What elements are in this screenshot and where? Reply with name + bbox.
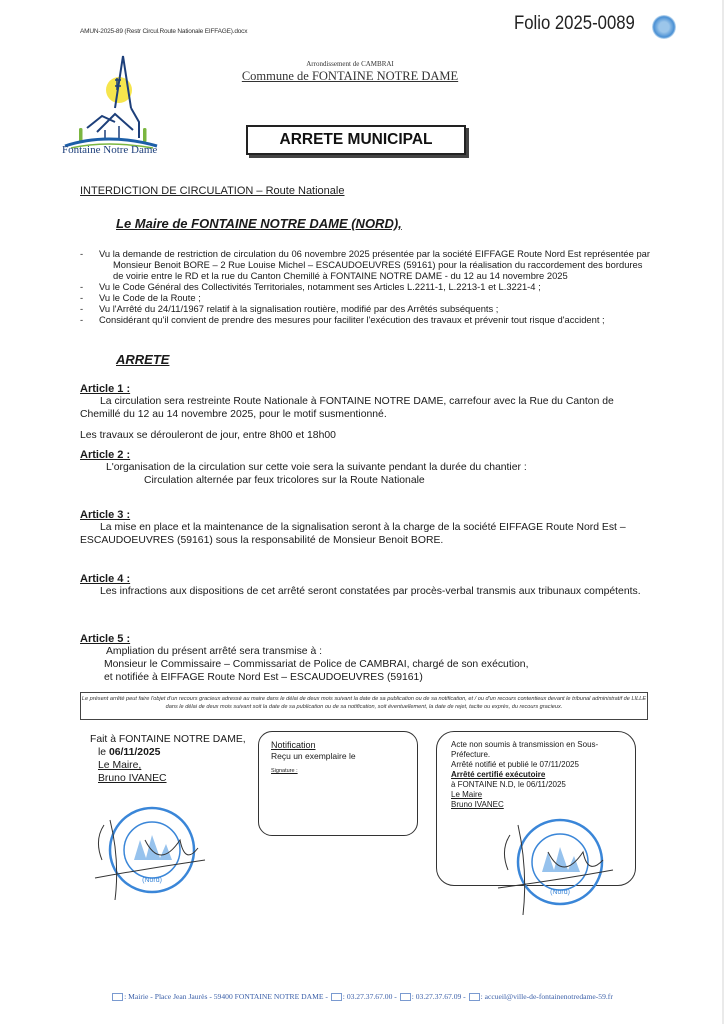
notification-line: Reçu un exemplaire le xyxy=(271,751,405,762)
svg-text:(Nord): (Nord) xyxy=(142,877,162,884)
email-icon xyxy=(469,993,480,1001)
acte-role: Le Maire xyxy=(451,790,621,800)
acte-line-1: Acte non soumis à transmission en Sous-P… xyxy=(451,740,621,760)
acte-place-date: à FONTAINE N.D, le 06/11/2025 xyxy=(451,780,621,790)
article-text: Les infractions aux dispositions de cet … xyxy=(80,585,650,598)
signature-role: Le Maire, xyxy=(90,759,246,772)
official-stamp-right: (Nord) xyxy=(488,810,618,920)
logo-caption: Fontaine Notre Dame xyxy=(62,144,157,156)
notification-box: Notification Reçu un exemplaire le Signa… xyxy=(258,731,418,836)
article-2: Article 2 : L'organisation de la circula… xyxy=(80,449,650,487)
signature-block: Fait à FONTAINE NOTRE DAME, le 06/11/202… xyxy=(90,733,246,785)
article-title: Article 3 : xyxy=(80,509,650,521)
subject-line: INTERDICTION DE CIRCULATION – Route Nati… xyxy=(80,185,344,197)
article-5: Article 5 : Ampliation du présent arrêté… xyxy=(80,633,650,684)
folio-number: Folio 2025-0089 xyxy=(514,13,635,35)
footer-email: accueil@ville-de-fontainenotredame-59.fr xyxy=(485,992,613,1001)
article-text: Monsieur le Commissaire – Commissariat d… xyxy=(80,658,650,671)
article-title: Article 1 : xyxy=(80,383,650,395)
article-text: Ampliation du présent arrêté sera transm… xyxy=(80,645,650,658)
commune-name: Commune de FONTAINE NOTRE DAME xyxy=(242,69,458,83)
footer-address: Mairie - Place Jean Jaurès - 59400 FONTA… xyxy=(128,992,323,1001)
article-1: Article 1 : La circulation sera restrein… xyxy=(80,383,650,442)
official-stamp-left: (Nord) xyxy=(90,800,210,910)
consideration-item: Vu la demande de restriction de circulat… xyxy=(80,248,652,281)
acte-line-2: Arrêté notifié et publié le 07/11/2025 xyxy=(451,760,621,770)
article-title: Article 2 : xyxy=(80,449,650,461)
article-text: et notifiée à EIFFAGE Route Nord Est – E… xyxy=(80,671,650,684)
signature-date: 06/11/2025 xyxy=(109,747,160,758)
notification-heading: Notification xyxy=(271,740,405,751)
svg-text:(Nord): (Nord) xyxy=(550,889,570,896)
signature-place: Fait à FONTAINE NOTRE DAME, xyxy=(90,733,246,746)
consideration-item: Considérant qu'il convient de prendre de… xyxy=(80,314,652,325)
notification-signature-label: Signature : xyxy=(271,766,405,777)
acte-certified: Arrêté certifié exécutoire xyxy=(451,770,621,780)
signature-name: Bruno IVANEC xyxy=(90,772,246,785)
article-text: La circulation sera restreinte Route Nat… xyxy=(80,395,650,421)
arrete-heading: ARRETE xyxy=(116,352,169,367)
article-4: Article 4 : Les infractions aux disposit… xyxy=(80,573,650,598)
considerations-list: Vu la demande de restriction de circulat… xyxy=(80,248,652,325)
seal-icon xyxy=(652,15,676,39)
phone-icon xyxy=(331,993,342,1001)
page-footer: : Mairie - Place Jean Jaurès - 59400 FON… xyxy=(0,992,724,1001)
commune-heading: Commune de FONTAINE NOTRE DAME xyxy=(0,69,700,84)
article-text: Les travaux se dérouleront de jour, entr… xyxy=(80,429,650,442)
document-title: ARRETE MUNICIPAL xyxy=(246,125,466,155)
fax-icon xyxy=(400,993,411,1001)
signature-date-line: le 06/11/2025 xyxy=(90,746,246,759)
mayor-heading: Le Maire de FONTAINE NOTRE DAME (NORD), xyxy=(116,216,402,231)
article-title: Article 5 : xyxy=(80,633,650,645)
article-text: Circulation alternée par feux tricolores… xyxy=(80,474,650,487)
document-filename: AMUN-2025-89 (Restr Circul.Route Nationa… xyxy=(80,28,247,35)
acte-name: Bruno IVANEC xyxy=(451,800,621,810)
article-text: L'organisation de la circulation sur cet… xyxy=(80,461,650,474)
article-title: Article 4 : xyxy=(80,573,650,585)
article-text: La mise en place et la maintenance de la… xyxy=(80,521,650,547)
consideration-item: Vu le Code Général des Collectivités Ter… xyxy=(80,281,652,292)
consideration-item: Vu l'Arrêté du 24/11/1967 relatif à la s… xyxy=(80,303,652,314)
arrondissement: Arrondissement de CAMBRAI xyxy=(0,60,700,68)
consideration-item: Vu le Code de la Route ; xyxy=(80,292,652,303)
mail-address-icon xyxy=(112,993,123,1001)
appeal-notice: Le présent arrêté peut faire l'objet d'u… xyxy=(80,692,648,720)
footer-fax: 03.27.37.67.09 xyxy=(416,992,462,1001)
footer-phone: 03.27.37.67.00 xyxy=(347,992,393,1001)
article-3: Article 3 : La mise en place et la maint… xyxy=(80,509,650,547)
